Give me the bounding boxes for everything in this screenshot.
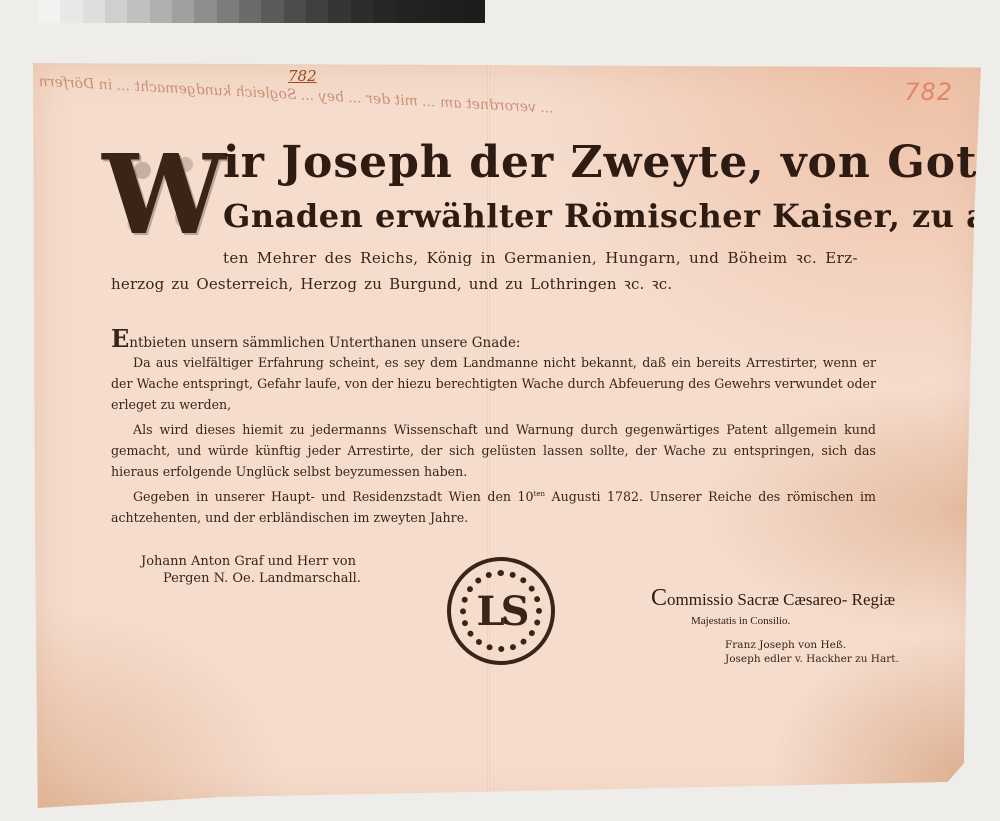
grayscale-step: [127, 0, 149, 23]
grayscale-step: [60, 0, 82, 23]
signer-right-line-2: Joseph edler v. Hackher zu Hart.: [725, 652, 899, 666]
signer-right-line-1: Franz Joseph von Heß.: [725, 638, 899, 652]
grayscale-step: [351, 0, 373, 23]
seal-letters: LS: [476, 588, 525, 635]
commission-line-2: Majestatis in Consilio.: [651, 615, 895, 627]
signer-left: Johann Anton Graf und Herr von Pergen N.…: [141, 553, 361, 587]
document-paper: ... verordnet am ... mit der ... bey ...…: [33, 63, 981, 808]
grayscale-step: [239, 0, 261, 23]
title-line-1: ir Joseph der Zweyte, von Gottes: [223, 137, 1000, 188]
greeting: Entbieten unsern sämmlichen Unterthanen …: [111, 328, 876, 354]
grayscale-calibration-strip: [38, 0, 485, 23]
commission-block: Commissio Sacræ Cæsareo- Regiæ Majestati…: [651, 585, 895, 627]
paragraph-3: Gegeben in unserer Haupt- und Residenzst…: [111, 484, 876, 528]
grayscale-step: [150, 0, 172, 23]
grayscale-step: [217, 0, 239, 23]
title-line-4: herzog zu Oesterreich, Herzog zu Burgund…: [111, 274, 672, 294]
signers-right: Franz Joseph von Heß. Joseph edler v. Ha…: [725, 638, 899, 666]
signer-left-line-2: Pergen N. Oe. Landmarschall.: [141, 570, 361, 587]
grayscale-step: [463, 0, 485, 23]
decorated-initial: W: [110, 135, 218, 253]
greeting-initial: E: [111, 324, 129, 353]
commission-line-1: Commissio Sacræ Cæsareo- Regiæ: [651, 585, 895, 612]
grayscale-step: [396, 0, 418, 23]
paragraph-1: Da aus vielfältiger Erfahrung scheint, e…: [111, 352, 876, 415]
grayscale-step: [328, 0, 350, 23]
title-line-2: Gnaden erwählter Römischer Kaiser, zu al…: [223, 197, 1000, 235]
greeting-text: ntbieten unsern sämmlichen Unterthanen u…: [129, 335, 520, 351]
date-superscript: ten: [534, 490, 545, 498]
grayscale-step: [194, 0, 216, 23]
signer-left-line-1: Johann Anton Graf und Herr von: [141, 553, 361, 570]
grayscale-step: [105, 0, 127, 23]
grayscale-step: [284, 0, 306, 23]
title-line-3: ten Mehrer des Reichs, König in Germanie…: [223, 248, 858, 268]
handwritten-number-corner: 782: [904, 78, 953, 106]
grayscale-step: [418, 0, 440, 23]
paragraph-2: Als wird dieses hiemit zu jedermanns Wis…: [111, 419, 876, 482]
seal-ls-icon: LS: [447, 557, 555, 665]
handwritten-number-top: 782: [288, 67, 317, 85]
grayscale-step: [38, 0, 60, 23]
grayscale-step: [261, 0, 283, 23]
seal-ornament-ring: LS: [460, 570, 542, 652]
date-text-a: Gegeben in unserer Haupt- und Residenzst…: [133, 489, 534, 504]
grayscale-step: [440, 0, 462, 23]
commission-initial: C: [651, 585, 667, 611]
commission-text: ommissio Sacræ Cæsareo- Regiæ: [667, 590, 895, 609]
grayscale-step: [172, 0, 194, 23]
grayscale-step: [306, 0, 328, 23]
grayscale-step: [373, 0, 395, 23]
grayscale-step: [83, 0, 105, 23]
